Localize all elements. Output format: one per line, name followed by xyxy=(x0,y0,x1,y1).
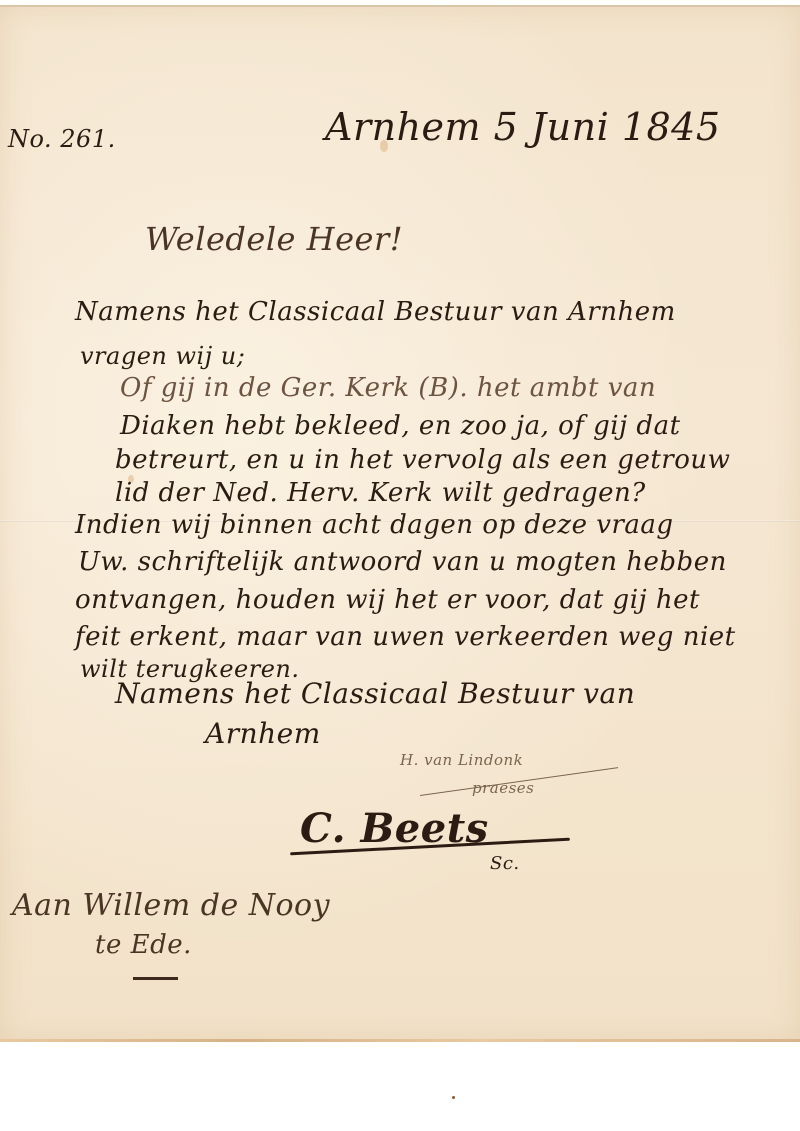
letter-number: No. 261. xyxy=(8,125,116,153)
place-and-date: Arnhem 5 Juni 1845 xyxy=(325,105,721,149)
letter-paper: No. 261. Arnhem 5 Juni 1845 Weledele Hee… xyxy=(0,5,800,1042)
recipient-location: te Ede. xyxy=(95,930,192,960)
secretary-title: Sc. xyxy=(490,853,520,874)
recipient-address: Aan Willem de Nooy xyxy=(12,888,330,923)
praeses-title: praeses xyxy=(472,779,534,797)
salutation: Weledele Heer! xyxy=(145,220,403,258)
praeses-signature: H. van Lindonk xyxy=(400,751,523,769)
body-line: betreurt, en u in het vervolg als een ge… xyxy=(115,445,730,475)
closing-line: Namens het Classicaal Bestuur van xyxy=(115,677,635,710)
body-line: lid der Ned. Herv. Kerk wilt gedragen? xyxy=(115,478,646,508)
body-line: Namens het Classicaal Bestuur van Arnhem xyxy=(75,297,676,327)
closing-place: Arnhem xyxy=(205,717,321,750)
body-line: Uw. schriftelijk antwoord van u mogten h… xyxy=(78,547,727,577)
scan-speck xyxy=(452,1096,455,1099)
paper-bottom-edge xyxy=(0,1039,800,1042)
paper-top-edge xyxy=(0,5,800,7)
body-line: Indien wij binnen acht dagen op deze vra… xyxy=(75,510,674,540)
address-underline xyxy=(133,977,178,980)
body-line: Of gij in de Ger. Kerk (B). het ambt van xyxy=(120,373,656,403)
body-line: vragen wij u; xyxy=(80,342,245,370)
body-line: feit erkent, maar van uwen verkeerden we… xyxy=(75,622,736,652)
body-line: ontvangen, houden wij het er voor, dat g… xyxy=(75,585,700,615)
body-line: Diaken hebt bekleed, en zoo ja, of gij d… xyxy=(120,411,681,441)
